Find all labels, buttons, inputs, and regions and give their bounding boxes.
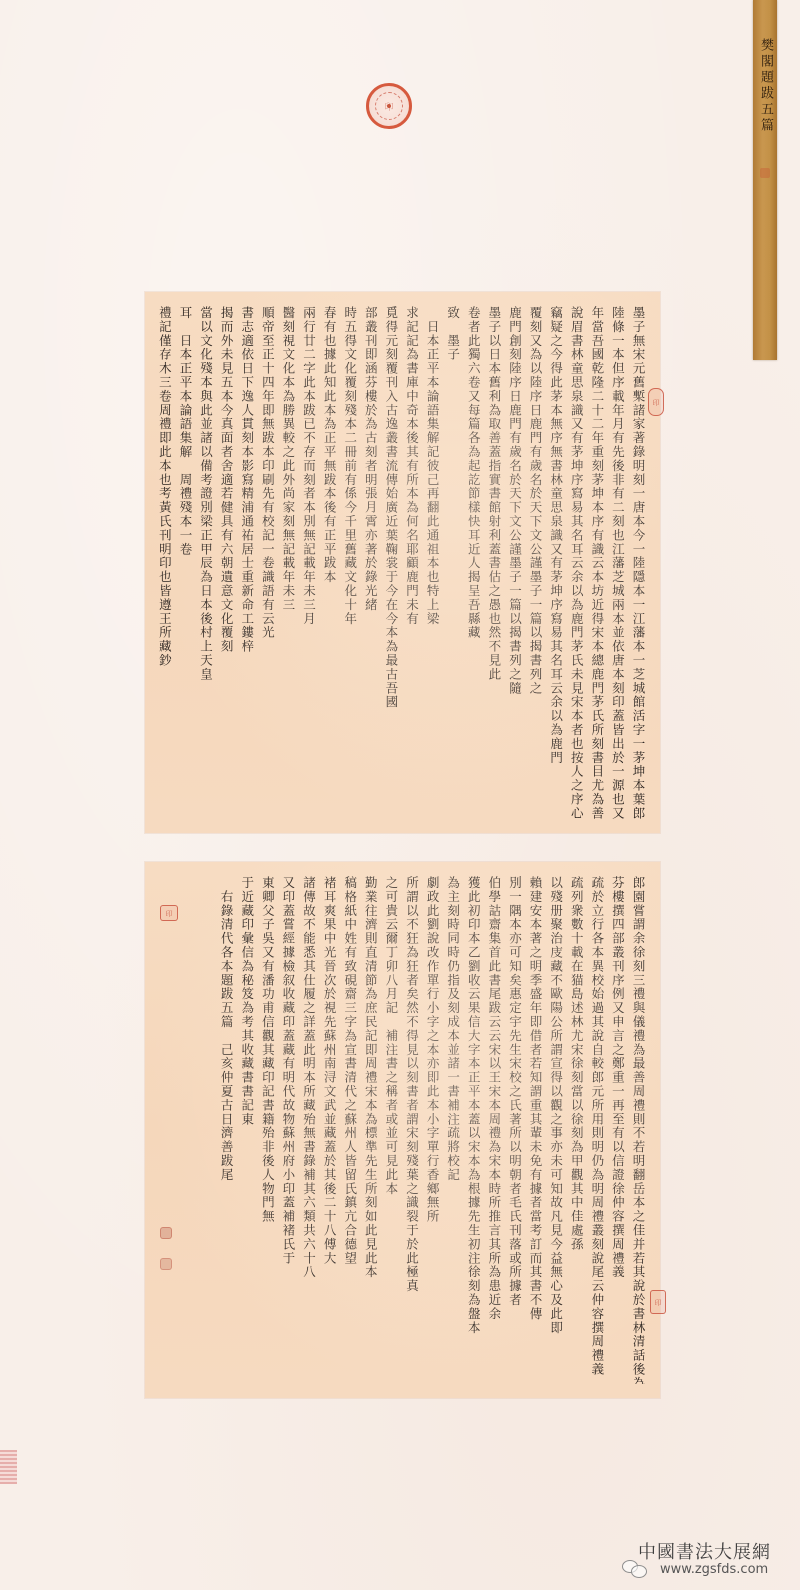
watermark-title: 中國書法大展網 bbox=[638, 1538, 771, 1564]
text-column: 郎園嘗謂余徐刻三禮與儀禮為最善周禮則不若明翻岳本之佳并若其說於書林清話後為涵 bbox=[627, 876, 648, 1384]
text-column: 諸傳故不能悉其仕履之詳蓋此明本所藏殆無書錄補其六類共六十八 bbox=[298, 876, 319, 1384]
text-column: 墨子無宋元舊槧諸家著錄明刻一唐本今一陸隱本一江藩本一芝城館活字一茅坤本葉郎園書唐 bbox=[627, 306, 648, 819]
collector-seal-icon: 印 bbox=[648, 388, 664, 416]
text-column: 說眉書林童思泉識又有茅坤序寫易其名耳云余以為鹿門茅氏未見宋本者也按人之序心 bbox=[566, 306, 587, 819]
text-column: 稿格紙中姓有致硯齋三字為宣書清代之蘇州人皆留氏鎮亢合德望 bbox=[339, 876, 360, 1384]
watermark: 中國書法大展網 www.zgsfds.com bbox=[622, 1538, 792, 1580]
signature-seal-icon bbox=[160, 1258, 172, 1270]
watermark-url: www.zgsfds.com bbox=[660, 1562, 768, 1577]
text-column: 春有也據此知此本為正平無跋本後有正平跋本 bbox=[319, 306, 340, 819]
text-column: 陸條一本但序載年月有先後非有二刻也江藩芝城兩本並依唐本刻印蓋皆出於一源也又吉日本… bbox=[607, 306, 628, 819]
text-column: 疏於立行各本異校始過其說自較郎元所用則明仍為明周禮叢刻說尾云仲容撰周禮義 bbox=[586, 876, 607, 1384]
text-column: 劇政此劉說改作單行小字之本亦即此本小字單行香鄉無所 bbox=[421, 876, 442, 1384]
collector-seal-icon: 印 bbox=[160, 905, 178, 921]
text-column: 時五得文化覆刻殘本二冊前有係今千里舊藏文化十年 bbox=[339, 306, 360, 819]
title-strip-label: 樊閣題跋五篇 bbox=[753, 38, 777, 134]
seal-glyph: 印 bbox=[653, 1299, 663, 1306]
text-column: 東卿父子吳又有潘功甫信觀其藏印記書籍殆非後人物門無 bbox=[257, 876, 278, 1384]
text-column: 以殘册聚治庋藏不歐陽公所謂宣得以觀之事亦未可知故凡見今益無心及此即 bbox=[545, 876, 566, 1384]
text-column: 勤業往濟則直清節為庶民記即周禮宋本為標準先生所刻如此見此本 bbox=[360, 876, 381, 1384]
text-column: 所謂以不狂為狂者矣然不得見以刻書者謂宋刻殘葉之識裂于於此極真 bbox=[401, 876, 422, 1384]
text-column: 年當吾國乾隆二十二年重刻茅坤本序有識云本坊近得宋本總鹿門茅氏所刻書目尤為善加校刻… bbox=[586, 306, 607, 819]
text-column: 耳 日本正平本論語集解 周禮殘本一卷 bbox=[174, 306, 195, 819]
text-column: 覆刻又為以陸序日鹿門有歲名於天下文公謹墨子一篇以揭書列之 bbox=[524, 306, 545, 819]
text-column: 致 墨子 bbox=[442, 306, 463, 819]
text-column: 禮記僅存木三卷周禮即此本也考黃氏刊明印也皆遵王所藏鈔 bbox=[154, 306, 175, 819]
text-column: 疏列衆數十載在猫島述林尤宋徐刻當以徐刻為甲觀其中佳處孫 bbox=[566, 876, 587, 1384]
text-column: 又印蓋嘗經據檢叙收藏印蓋藏有明代故物蘇州府小印蓋補褚氏于 bbox=[277, 876, 298, 1384]
round-seal-glyph: 印 bbox=[369, 86, 409, 126]
text-column: 為主刻時同時仍指及刻成本並諸一書補注疏將校記 bbox=[442, 876, 463, 1384]
text-columns-bottom: 郎園嘗謂余徐刻三禮與儀禮為最善周禮則不若明翻岳本之佳并若其說於書林清話後為涵 芬… bbox=[157, 876, 648, 1384]
text-column: 芬樓撰四部叢刊序例又申言之鄭重一再至有以信證徐仲容撰周禮義 bbox=[607, 876, 628, 1384]
text-column: 部叢刊即涵芬樓於為古刻者明張月霄亦著於錄光緒 bbox=[360, 306, 381, 819]
seal-glyph: 印 bbox=[651, 399, 661, 406]
text-column: 書志適依日下逸人貫刻本影寫精浦通祐居士重新命工鏤梓 bbox=[236, 306, 257, 819]
text-column: 右錄清代各本題跋五篇 己亥仲夏古日濟善跋尾 bbox=[216, 876, 237, 1384]
text-column: 鹿門創刻陸序日鹿門有歲名於天下文公謹墨子一篇以揭書列之隨 bbox=[504, 306, 525, 819]
text-column: 卷者此獨六卷又每篇各為起訖節樣快耳近人揭呈吾縣藏 bbox=[463, 306, 484, 819]
text-column: 竊疑之今得此茅本無序無書林童思泉識又有茅坤序寫易其名耳云余以為鹿門 bbox=[545, 306, 566, 819]
calligraphy-panel-bottom: 郎園嘗謂余徐刻三禮與儀禮為最善周禮則不若明翻岳本之佳并若其說於書林清話後為涵 芬… bbox=[145, 862, 660, 1398]
title-strip-seal-icon bbox=[760, 168, 770, 178]
text-column: 褚耳爽果中光晉次於視先蘇州南浔文武並藏蓋於其後二十八傅大 bbox=[319, 876, 340, 1384]
text-column: 獲此初印本乙劉收云果信大字本正平本蓋以宋本為根據先生初注徐刻為盤本 bbox=[463, 876, 484, 1384]
seal-glyph: 印 bbox=[164, 910, 174, 917]
signature-seal-icon bbox=[160, 1227, 172, 1239]
text-column: 揭而外未見五本今真面者舍適若健具有六朝遺意文化覆刻 bbox=[216, 306, 237, 819]
text-column: 兩行廿二字此本跋已不存而刻者本別無記載年未三月 bbox=[298, 306, 319, 819]
text-column: 順帝至正十四年即無跋本印刷先有校記一卷識語有云光 bbox=[257, 306, 278, 819]
text-column: 伯學詁齋集首此書尾跋云云宋以王宋本周禮為宋本時所推言其所為患近余 bbox=[483, 876, 504, 1384]
text-column: 墨子以日本舊利為取善蓋指實書館射利蓋書估之愚也然不見此 bbox=[483, 306, 504, 819]
mount-seal-icon bbox=[0, 1450, 17, 1484]
text-column: 醫刻視文化本為勝異較之此外尚家刻無記載年未三 bbox=[277, 306, 298, 819]
title-strip: 樊閣題跋五篇 bbox=[753, 0, 777, 360]
text-column: 日本正平本論語集解記彼己再翻此通祖本也特上梁 bbox=[421, 306, 442, 819]
text-column: 當以文化殘本與此並諸以備考證別梁正甲辰為日本後村上天皇 bbox=[195, 306, 216, 819]
calligraphy-panel-top: 墨子無宋元舊槧諸家著錄明刻一唐本今一陸隱本一江藩本一芝城館活字一茅坤本葉郎園書唐… bbox=[145, 292, 660, 833]
collector-seal-icon: 印 bbox=[650, 1290, 666, 1314]
text-column: 之可貴云爾丁卯八月記 補注書之稱者或並可見此本 bbox=[380, 876, 401, 1384]
round-seal-icon: 印 bbox=[366, 83, 412, 129]
text-column: 別一隅本亦可知矣惠定宇先生宋校之氏著所以明朝者毛氏刊落或所據者 bbox=[504, 876, 525, 1384]
text-column: 覓得元刻覆刊入古逸叢書流傳始廣近葉鞠裳于今在今本為最古吾國 bbox=[380, 306, 401, 819]
text-column: 于近藏印彙信為秘笈為考其收藏書書記東 bbox=[236, 876, 257, 1384]
text-column: 求記記為書庫中奇本後其有所本為何名耶顧鹿門未有 bbox=[401, 306, 422, 819]
text-column: 賴建安本著之明季盛年即借者若知謂重其輩未免有據者當考訂而其書不傳 bbox=[524, 876, 545, 1384]
text-columns-top: 墨子無宋元舊槧諸家著錄明刻一唐本今一陸隱本一江藩本一芝城館活字一茅坤本葉郎園書唐… bbox=[157, 306, 648, 819]
